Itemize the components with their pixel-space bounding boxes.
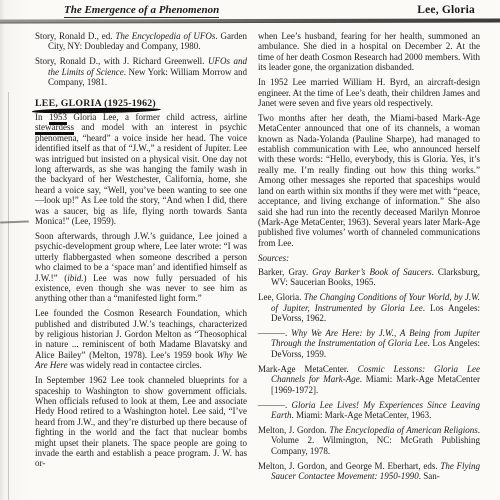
citation-text: Lee, Gloria. xyxy=(258,292,304,302)
sources-label: Sources: xyxy=(258,253,480,263)
paragraph-text: In xyxy=(35,112,49,122)
citation-book-title: The Encyclopedia of UFOs xyxy=(115,31,215,41)
citation: Lee, Gloria. The Changing Conditions of … xyxy=(258,292,480,323)
citation: Story, Ronald D., ed. The Encyclopedia o… xyxy=(35,31,247,52)
citation-text: Mark-Age MetaCenter. xyxy=(258,364,358,374)
body-paragraph: Lee founded the Cosmon Research Foundati… xyxy=(35,308,247,370)
running-header-entry-title: Lee, Gloria xyxy=(417,4,475,16)
citation-book-title: The Encyclopedia of American Religions xyxy=(329,425,477,435)
citation-text: . Miami: Mark-Age MetaCenter, 1963. xyxy=(292,410,432,420)
body-paragraph: Two months after her death, the Miami-ba… xyxy=(258,113,480,248)
paragraph-text: Lee founded the Cosmon Research Foundati… xyxy=(35,308,247,360)
italic-term: ibid. xyxy=(67,273,83,283)
paragraph-text: was widely read in contactee circles. xyxy=(68,360,202,370)
paragraph-text: when Lee’s husband, fearing for her heal… xyxy=(258,31,480,72)
margin-crease xyxy=(8,92,9,500)
citation: Melton, J. Gordon. The Encyclopedia of A… xyxy=(258,425,480,456)
book-page: The Emergence of a Phenomenon Lee, Glori… xyxy=(0,0,500,500)
citation: Mark-Age MetaCenter. Cosmic Lessons: Glo… xyxy=(258,364,480,395)
citation-text: Barker, Gray. xyxy=(258,267,312,277)
citation-text: Melton, J. Gordon, and George M. Eberhar… xyxy=(258,461,440,471)
paragraph-text: In 1952 Lee married William H. Byrd, an … xyxy=(258,77,480,108)
citation: ———. Why We Are Here: by J.W., A Being f… xyxy=(258,328,480,359)
margin-tick-mark xyxy=(0,220,29,223)
citation-text: ———. xyxy=(258,328,291,338)
paragraph-text: In September 1962 Lee took channeled blu… xyxy=(35,375,247,468)
citation: Barker, Gray. Gray Barker’s Book of Sauc… xyxy=(258,267,480,288)
paragraph-text: and model with an interest in psychic ph… xyxy=(35,122,247,226)
paragraph-text: Gloria Lee, a former child actress, airl… xyxy=(67,112,247,122)
citation-text: ———. xyxy=(258,400,292,410)
citation-text: Story, Ronald D., ed. xyxy=(35,31,115,41)
body-paragraph: when Lee’s husband, fearing for her heal… xyxy=(258,31,480,73)
citation: ———. Gloria Lee Lives! My Experiences Si… xyxy=(258,400,480,421)
citation: Story, Ronald D., with J. Richard Greenw… xyxy=(35,56,247,87)
page-columns: Story, Ronald D., ed. The Encyclopedia o… xyxy=(35,31,480,500)
left-column: Story, Ronald D., ed. The Encyclopedia o… xyxy=(35,31,247,500)
citation-book-title: Gray Barker’s Book of Saucers xyxy=(312,267,431,277)
citation: Melton, J. Gordon, and George M. Eberhar… xyxy=(258,461,480,482)
citation-text: Melton, J. Gordon. xyxy=(258,425,329,435)
body-paragraph: Soon afterwards, through J.W.’s guidance… xyxy=(35,231,247,304)
body-paragraph: In September 1962 Lee took channeled blu… xyxy=(35,375,247,469)
paragraph-text: Two months after her death, the Miami-ba… xyxy=(258,113,480,248)
running-header: The Emergence of a Phenomenon Lee, Glori… xyxy=(64,4,475,18)
body-paragraph: In 1952 Lee married William H. Byrd, an … xyxy=(258,77,480,108)
running-header-chapter-title: The Emergence of a Phenomenon xyxy=(64,4,219,18)
entry-heading: LEE, GLORIA (1925-1962) xyxy=(35,99,156,109)
body-paragraph: In 1953 Gloria Lee, a former child actre… xyxy=(35,112,247,226)
citation-text: . San- xyxy=(419,471,440,481)
header-rule xyxy=(0,18,500,23)
right-column: when Lee’s husband, fearing for her heal… xyxy=(258,31,480,500)
citation-text: Story, Ronald D., with J. Richard Greenw… xyxy=(35,56,208,66)
